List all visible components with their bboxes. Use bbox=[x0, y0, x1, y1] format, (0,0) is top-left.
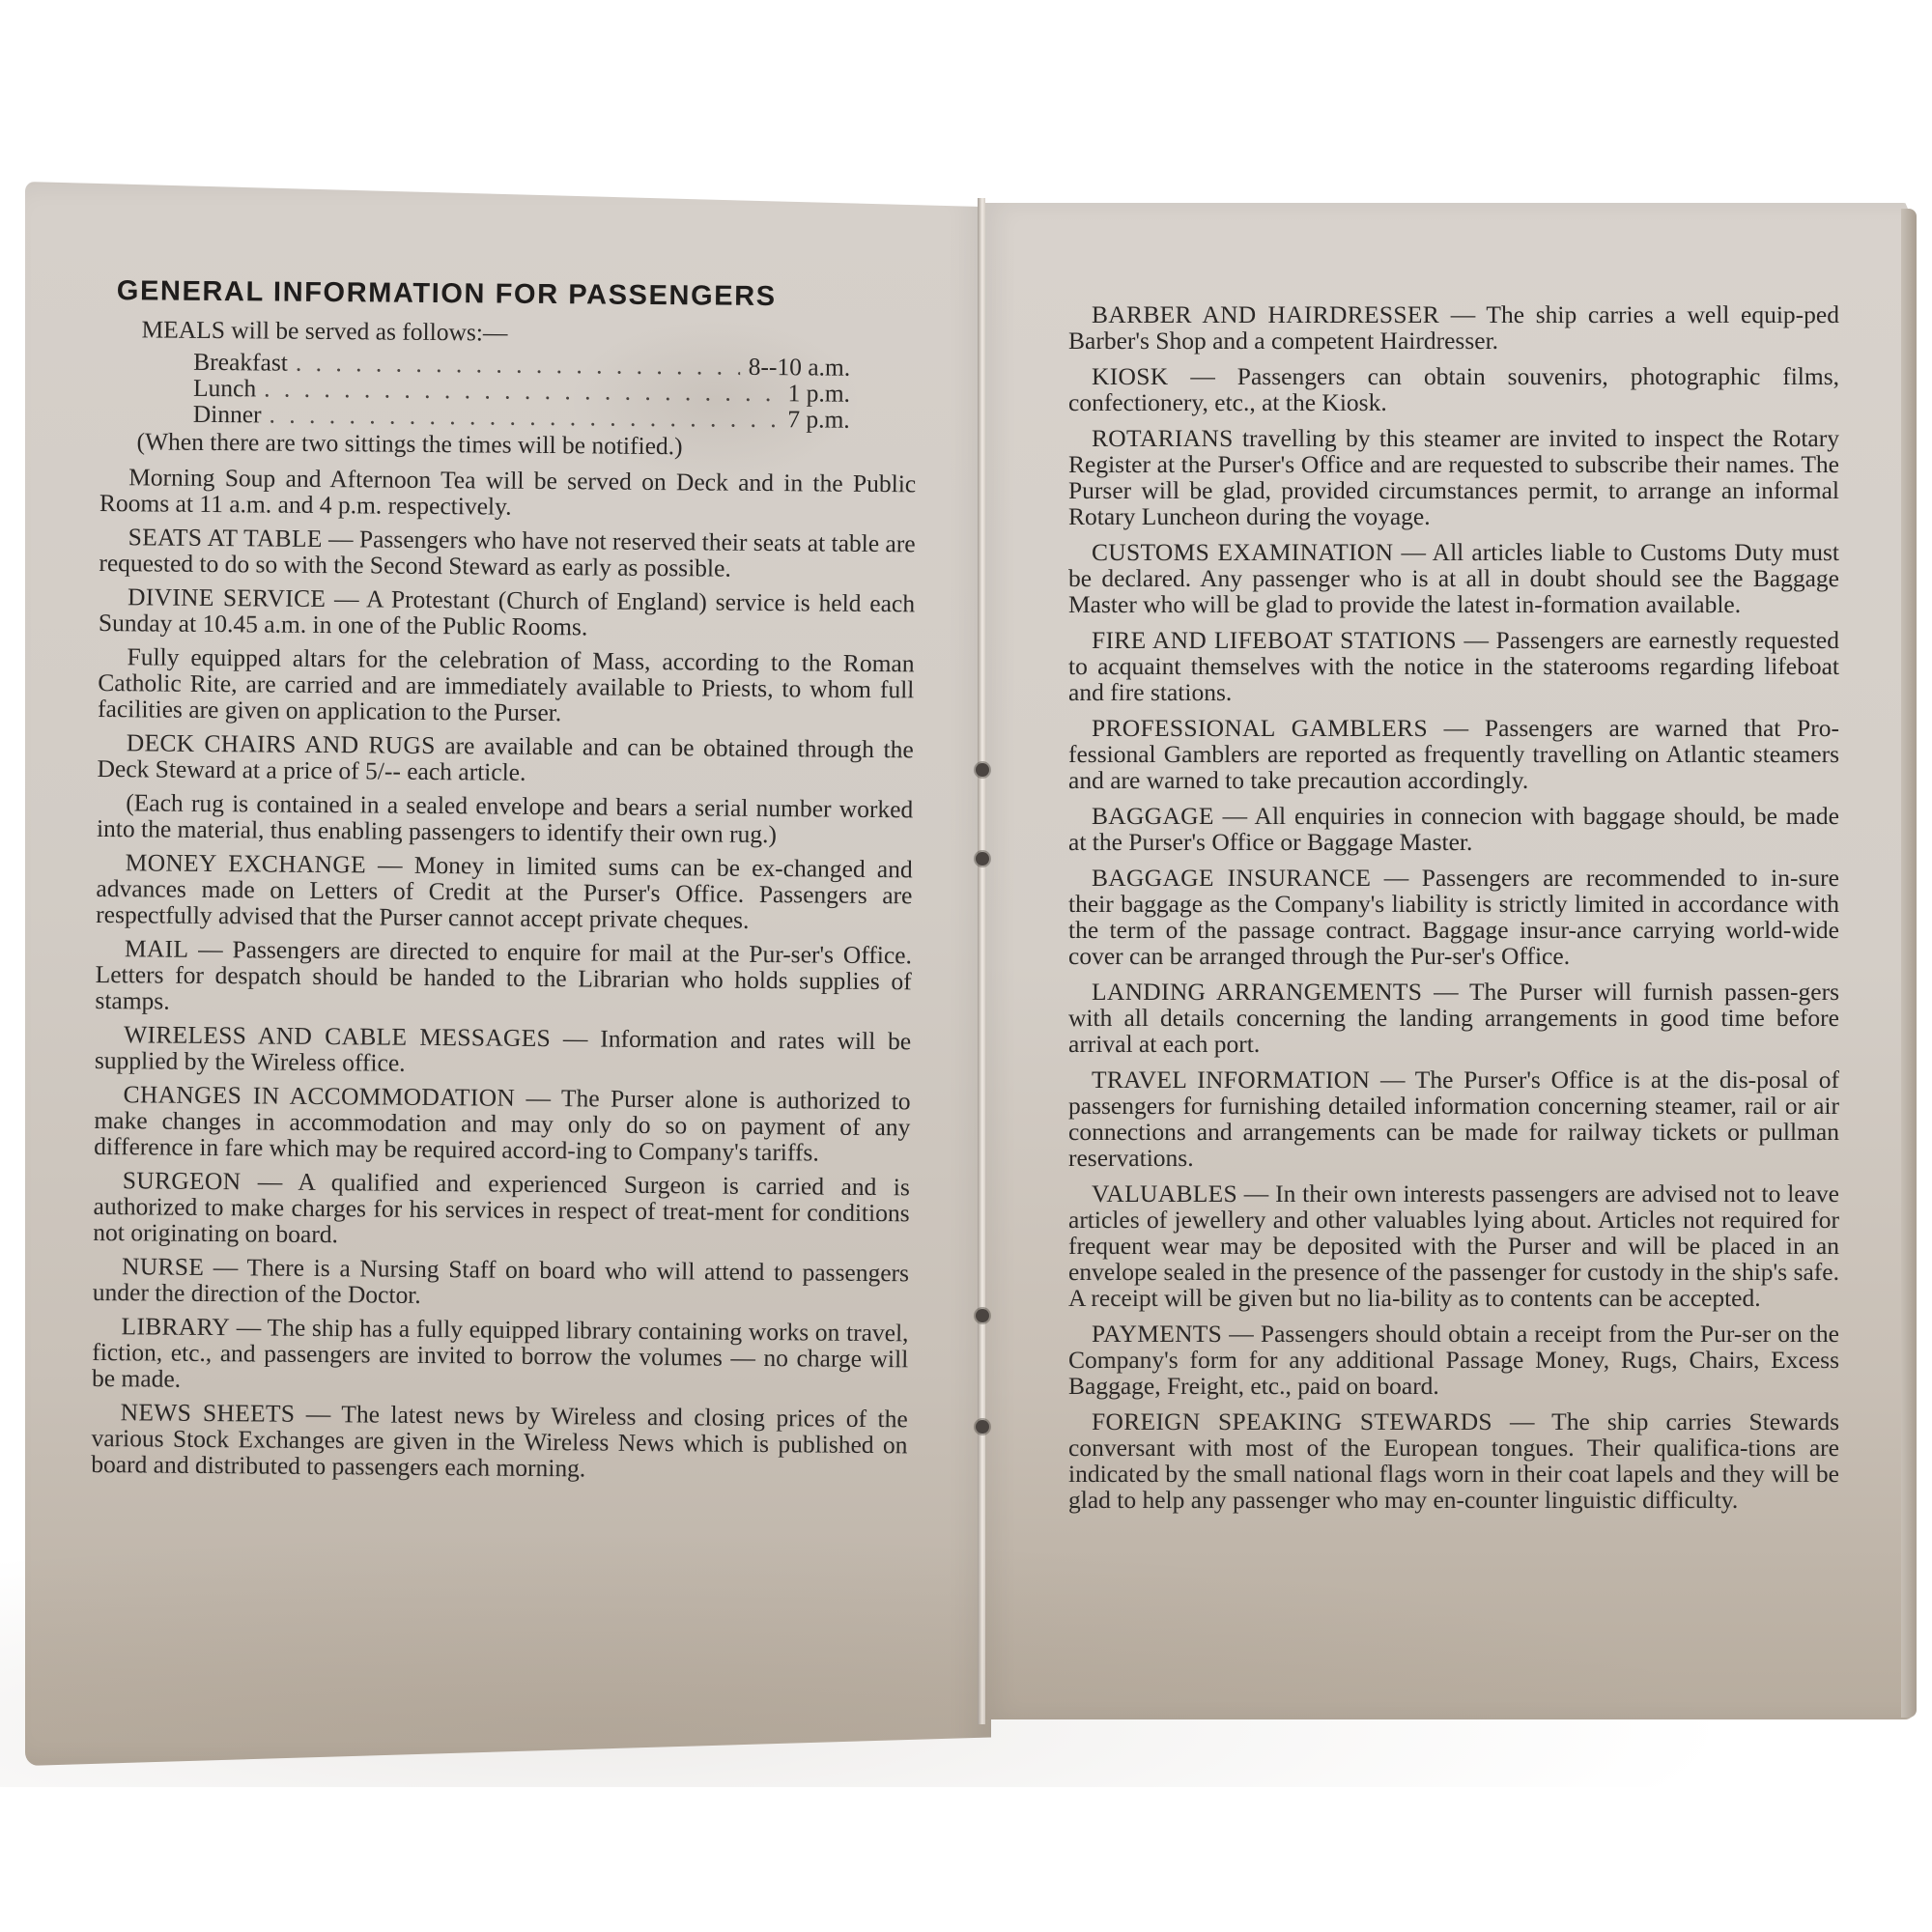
section-heading: BAGGAGE bbox=[1092, 802, 1214, 830]
info-section: VALUABLES — In their own interests passe… bbox=[1068, 1180, 1839, 1311]
section-heading: FIRE AND LIFEBOAT STATIONS bbox=[1092, 626, 1457, 654]
staple-stitch-icon bbox=[976, 763, 989, 777]
info-section: BAGGAGE INSURANCE — Passengers are recom… bbox=[1068, 865, 1839, 969]
info-section: NURSE — There is a Nursing Staff on boar… bbox=[93, 1253, 909, 1312]
meals-note: (When there are two sittings the times w… bbox=[136, 428, 916, 461]
page-stack-edge bbox=[1901, 209, 1917, 1718]
dot-leader bbox=[269, 402, 780, 433]
meal-name: Lunch bbox=[193, 375, 256, 402]
info-section: (Each rug is contained in a sealed envel… bbox=[97, 789, 913, 848]
section-heading: DIVINE SERVICE bbox=[128, 582, 326, 612]
booklet-spine bbox=[978, 198, 985, 1724]
info-section: PAYMENTS — Passengers should obtain a re… bbox=[1068, 1321, 1839, 1399]
info-section: DECK CHAIRS AND RUGS are available and c… bbox=[97, 729, 913, 788]
section-heading: PAYMENTS bbox=[1092, 1320, 1222, 1348]
info-section: LANDING ARRANGEMENTS — The Purser will f… bbox=[1068, 979, 1839, 1057]
section-heading: FOREIGN SPEAKING STEWARDS bbox=[1092, 1407, 1492, 1435]
section-heading: BARBER AND HAIRDRESSER bbox=[1092, 300, 1439, 328]
info-section: CUSTOMS EXAMINATION — All articles liabl… bbox=[1068, 539, 1839, 617]
meal-name: Breakfast bbox=[193, 349, 288, 376]
info-section: LIBRARY — The ship has a fully equipped … bbox=[92, 1313, 909, 1398]
left-column: GENERAL INFORMATION FOR PASSENGERS MEALS… bbox=[91, 278, 918, 1492]
section-heading: MAIL bbox=[125, 934, 189, 963]
right-column: BARBER AND HAIRDRESSER — The ship carrie… bbox=[1068, 301, 1839, 1522]
section-heading: BAGGAGE INSURANCE bbox=[1092, 864, 1371, 892]
meals-intro: MEALS will be served as follows:— bbox=[141, 316, 917, 349]
section-heading: CUSTOMS EXAMINATION bbox=[1092, 538, 1393, 566]
left-sections: Morning Soup and Afternoon Tea will be s… bbox=[91, 464, 916, 1484]
section-heading: NURSE bbox=[122, 1252, 204, 1281]
info-section: SEATS AT TABLE — Passengers who have not… bbox=[99, 524, 915, 582]
staple-stitch-icon bbox=[976, 1309, 989, 1322]
info-section: DIVINE SERVICE — A Protestant (Church of… bbox=[99, 583, 915, 642]
info-section: CHANGES IN ACCOMMODATION — The Purser al… bbox=[94, 1081, 911, 1166]
info-section: BAGGAGE — All enquiries in connecion wit… bbox=[1068, 803, 1839, 855]
info-section: FIRE AND LIFEBOAT STATIONS — Passengers … bbox=[1068, 627, 1839, 705]
meal-time: 7 p.m. bbox=[787, 406, 850, 433]
info-section: Fully equipped altars for the celebratio… bbox=[98, 643, 915, 728]
section-text: — Passengers can obtain souvenirs, photo… bbox=[1068, 362, 1839, 416]
info-section: Morning Soup and Afternoon Tea will be s… bbox=[99, 464, 916, 523]
section-heading: PROFESSIONAL GAMBLERS bbox=[1092, 714, 1428, 742]
section-heading: TRAVEL INFORMATION bbox=[1092, 1065, 1370, 1094]
section-text: Morning Soup and Afternoon Tea will be s… bbox=[99, 463, 916, 520]
section-text: — There is a Nursing Staff on board who … bbox=[93, 1253, 909, 1309]
meals-schedule: Breakfast8--10 a.m.Lunch1 p.m.Dinner7 p.… bbox=[100, 348, 918, 433]
right-sections: BARBER AND HAIRDRESSER — The ship carrie… bbox=[1068, 301, 1839, 1513]
info-section: MONEY EXCHANGE — Money in limited sums c… bbox=[96, 849, 913, 934]
meal-name: Dinner bbox=[193, 401, 262, 428]
section-heading: LIBRARY bbox=[121, 1312, 230, 1341]
section-heading: ROTARIANS bbox=[1092, 424, 1234, 452]
info-section: FOREIGN SPEAKING STEWARDS — The ship car… bbox=[1068, 1408, 1839, 1513]
info-section: PROFESSIONAL GAMBLERS — Passengers are w… bbox=[1068, 715, 1839, 793]
section-heading: SEATS AT TABLE bbox=[128, 523, 323, 553]
info-section: NEWS SHEETS — The latest news by Wireles… bbox=[91, 1399, 908, 1484]
info-section: BARBER AND HAIRDRESSER — The ship carrie… bbox=[1068, 301, 1839, 354]
section-text: (Each rug is contained in a sealed envel… bbox=[97, 788, 913, 848]
meal-time: 8--10 a.m. bbox=[749, 354, 851, 381]
section-heading: LANDING ARRANGEMENTS bbox=[1092, 978, 1422, 1006]
staple-stitch-icon bbox=[976, 1420, 989, 1434]
info-section: KIOSK — Passengers can obtain souvenirs,… bbox=[1068, 363, 1839, 415]
section-text: Fully equipped altars for the celebratio… bbox=[98, 642, 915, 726]
info-section: WIRELESS AND CABLE MESSAGES — Informatio… bbox=[95, 1021, 911, 1080]
section-heading: KIOSK bbox=[1092, 362, 1168, 390]
info-section: TRAVEL INFORMATION — The Purser's Office… bbox=[1068, 1066, 1839, 1171]
info-section: MAIL — Passengers are directed to enquir… bbox=[95, 935, 912, 1020]
section-heading: NEWS SHEETS bbox=[121, 1398, 296, 1428]
section-heading: VALUABLES bbox=[1092, 1179, 1237, 1207]
section-heading: SURGEON bbox=[123, 1166, 241, 1195]
meal-time: 1 p.m. bbox=[787, 380, 850, 407]
staple-stitch-icon bbox=[976, 852, 989, 866]
info-section: ROTARIANS travelling by this steamer are… bbox=[1068, 425, 1839, 529]
dot-leader bbox=[296, 350, 741, 380]
open-booklet: GENERAL INFORMATION FOR PASSENGERS MEALS… bbox=[0, 0, 1932, 1932]
info-section: SURGEON — A qualified and experienced Su… bbox=[93, 1167, 910, 1252]
section-text: — Passengers are directed to enquire for… bbox=[95, 935, 912, 1015]
